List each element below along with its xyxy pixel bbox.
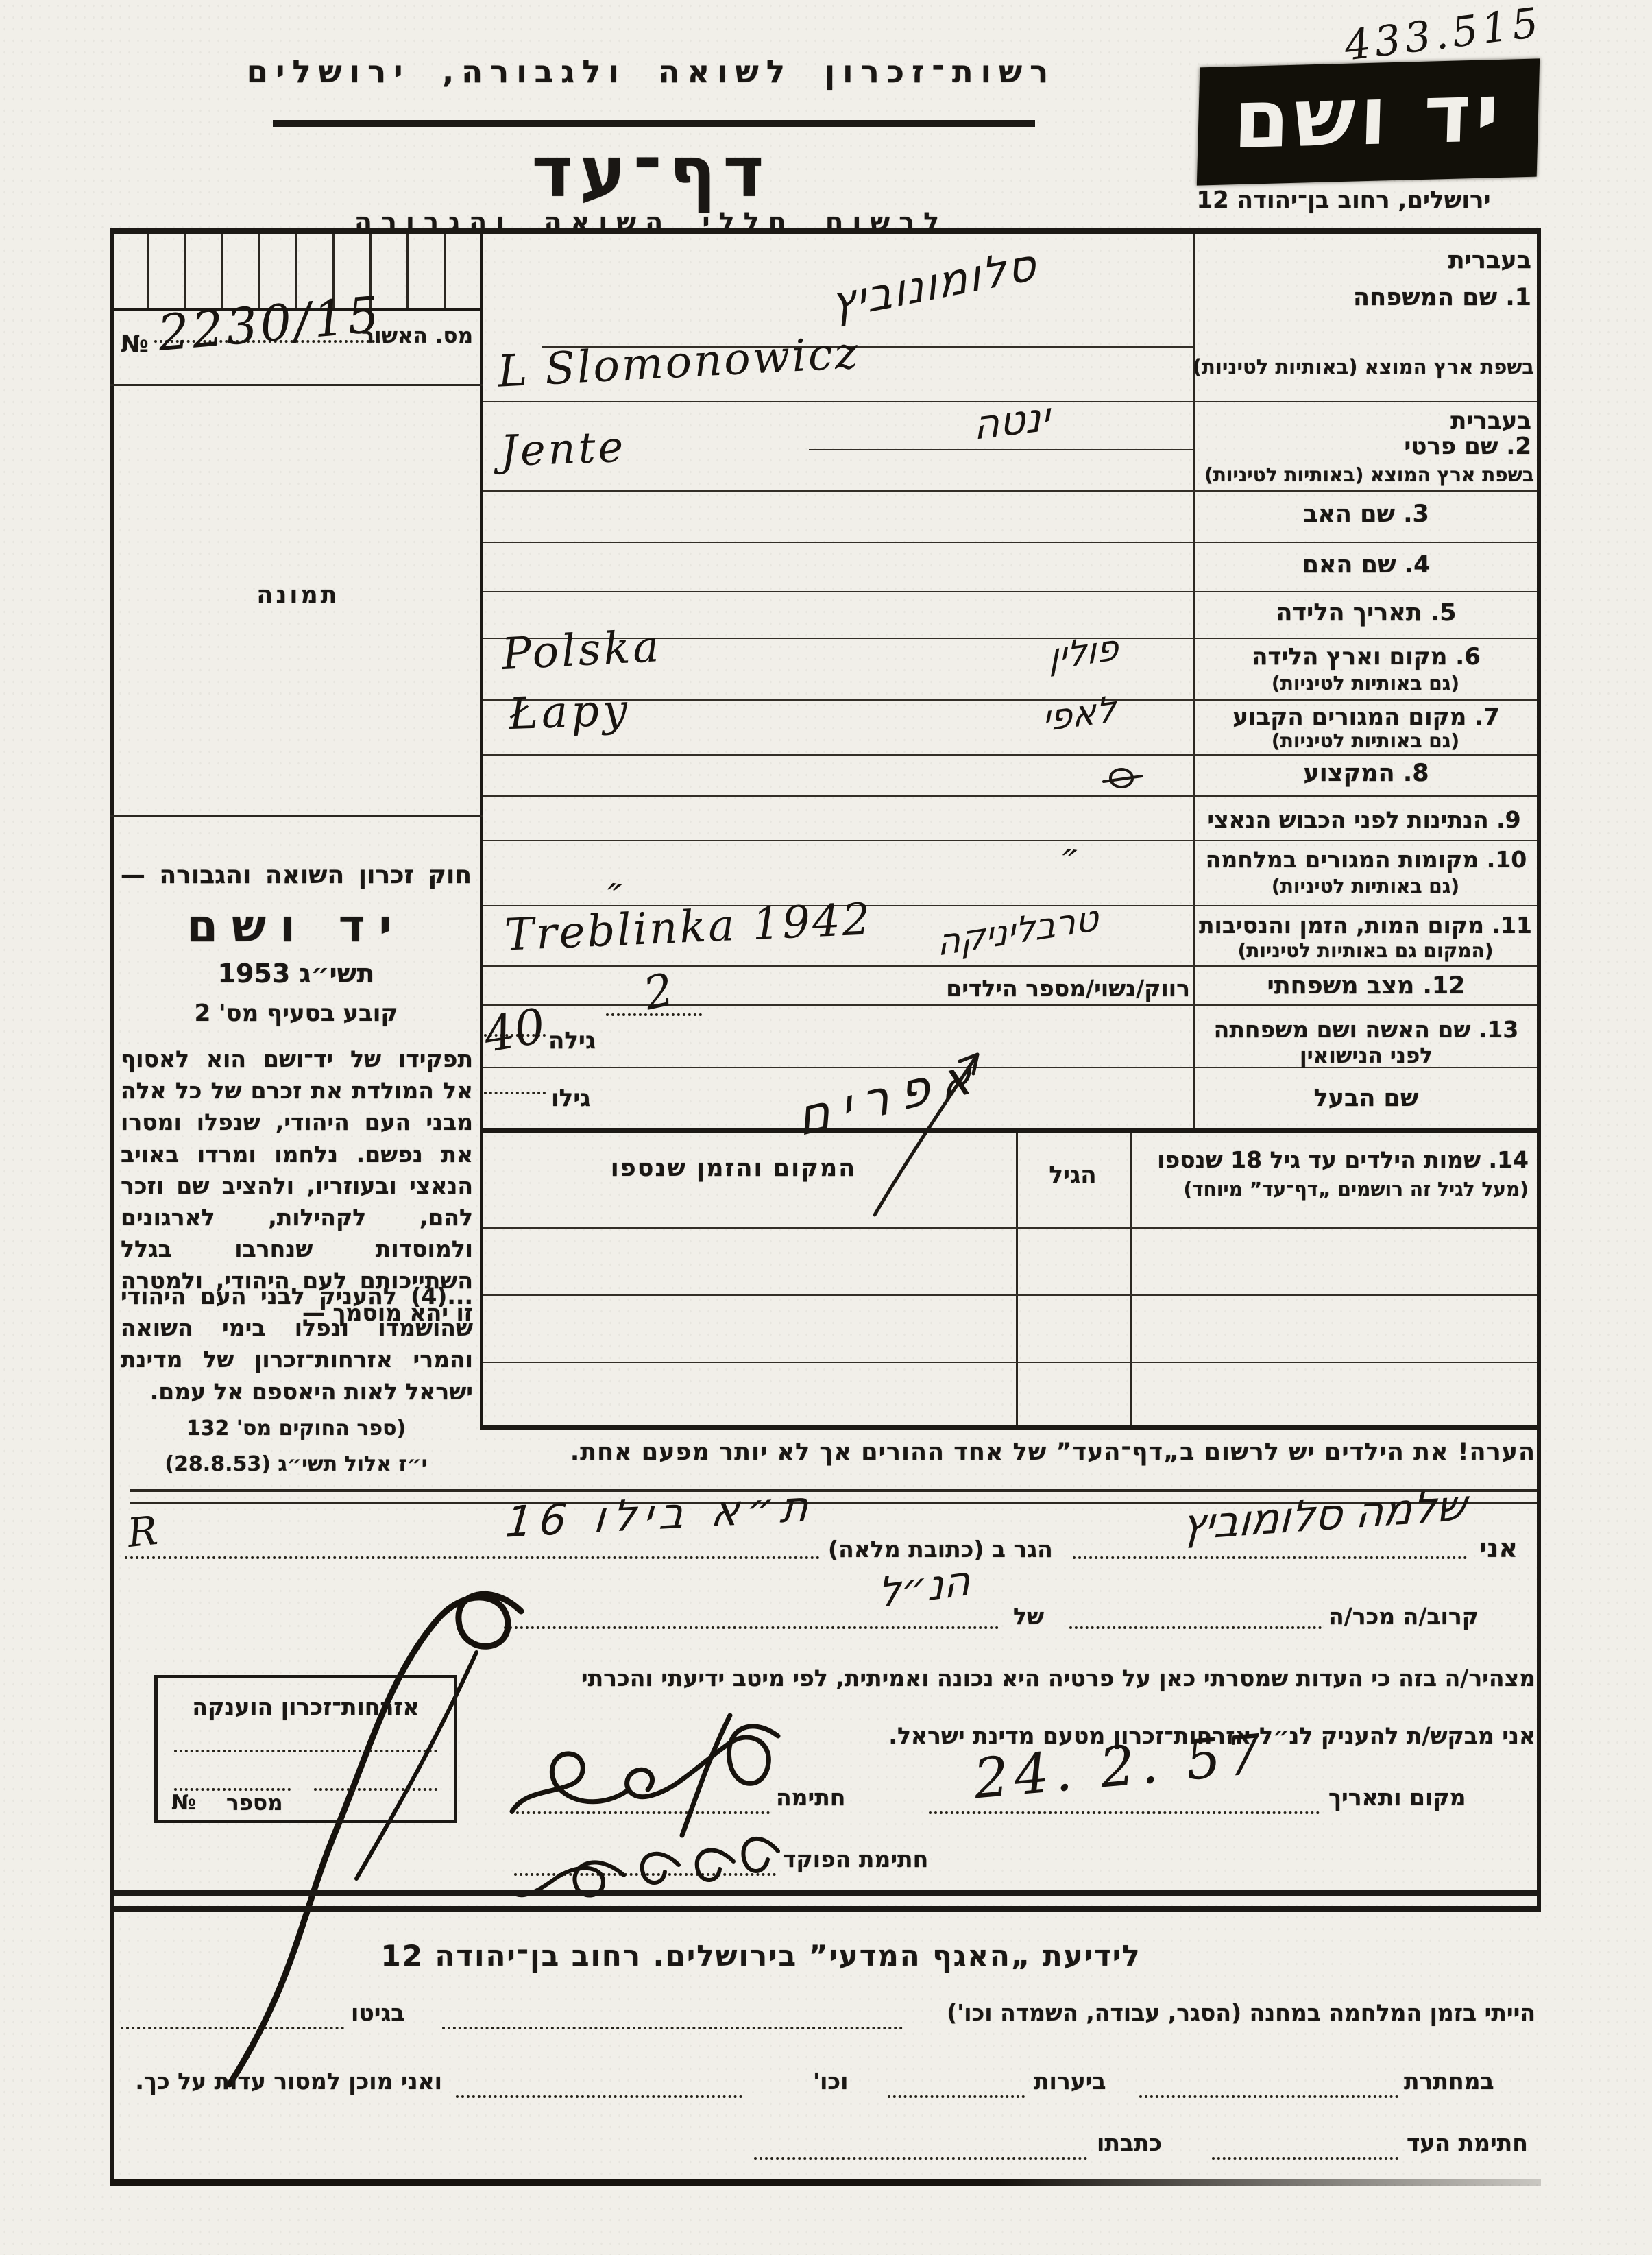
his-age-label: גילו (551, 1085, 590, 1112)
marital-options: רווק/נשוי/מספר הילדים (754, 975, 1190, 1002)
children-row-rule (483, 1227, 1537, 1229)
citizenship-number-label: מספר (226, 1791, 283, 1816)
children-table-bottom-rule (480, 1425, 1541, 1430)
surname-hebrew-handwritten: סלומונוביץ (829, 239, 1039, 330)
field2-pre: בעברית (1201, 409, 1531, 434)
address-latin-mark-handwritten: R (125, 1507, 160, 1556)
witness-address-dotted (125, 1556, 820, 1559)
field13-sub: לפני הנישואין (1198, 1044, 1534, 1068)
field1-title: 1. שם המשפחה (1201, 284, 1531, 311)
logo-address: ירושלים, רחוב בן־יהודה 12 (1158, 186, 1529, 214)
row-rule (483, 795, 1537, 797)
field6-label: 6. מקום וארץ הלידה (1201, 643, 1531, 671)
field14-label: 14. שמות הילדים עד גיל 18 שנספו (1141, 1146, 1529, 1173)
decl-of-label: של (1013, 1603, 1044, 1630)
footer-etc-label: וכו' (813, 2068, 848, 2095)
children-table-top-rule (480, 1128, 1541, 1133)
field5-label: 5. תאריך הלידה (1201, 599, 1531, 627)
citizenship-box: אזרחות־זכרון הוענקה № מספר (154, 1675, 457, 1823)
law-paragraph-2: ...(4) להעניק לבני העם היהודי שהושמדו ונ… (121, 1281, 473, 1408)
his-age-dotted (484, 1092, 546, 1094)
field7-label: 7. מקום המגורים הקבוע (1201, 703, 1531, 731)
tick (221, 234, 223, 308)
footer-camp-dotted (442, 2027, 903, 2029)
tick (406, 234, 409, 308)
field2-title: 2. שם פרטי (1201, 434, 1531, 459)
footer-double-rule-top (110, 1890, 1541, 1896)
yad-vashem-logo: יד ושם (1197, 58, 1540, 185)
approval-label: מס. האשור (363, 324, 473, 348)
citizenship-dotted-1 (174, 1750, 437, 1752)
row-rule (483, 591, 1537, 592)
field1-label: בעברית 1. שם המשפחה (1201, 247, 1531, 311)
field8-label: 8. המקצוע (1201, 760, 1531, 787)
footer-underground-label: במחתרת (1404, 2068, 1494, 2095)
field11-label: 11. מקום המות, הזמן והנסיבות (1195, 912, 1535, 939)
decl-resides-label: הגר ב (כתובת מלאה) (828, 1536, 1053, 1563)
ditto-mark-right: ″ (1058, 841, 1079, 887)
law-reference-2: י״ז אלול תשי״ג (28.8.53) (118, 1452, 474, 1476)
birth-country-hebrew-handwritten: פולין (1049, 627, 1118, 679)
row-rule (483, 699, 1537, 701)
official-signature-label: חתימת הפוקד (783, 1846, 928, 1872)
tick (184, 234, 186, 308)
children-row-rule (483, 1294, 1537, 1296)
children-count-dotted (606, 1013, 702, 1016)
footer-testify-line: ואני מוכן למסור עדות על כך. (127, 2068, 442, 2095)
footer-info-line: לידיעת „האגף המדעי” בירושלים. רחוב בן־יה… (278, 1939, 1244, 1973)
witness-address-handwritten: ת״א בילו 16 (286, 1481, 817, 1559)
footer-forests-dotted (888, 2095, 1025, 2098)
tick (444, 234, 446, 308)
footer-witness-signature-dotted (1212, 2157, 1398, 2160)
footer-underground-dotted (1139, 2095, 1398, 2098)
relative-dotted (1069, 1626, 1322, 1629)
photo-label: תמונה (206, 581, 391, 609)
witness-name-dotted (1073, 1556, 1467, 1559)
law-section: קובע בסעיף מס' 2 (118, 1000, 474, 1027)
children-col-place-header: המקום והזמן שנספו (542, 1155, 925, 1182)
occupation-ink-mark (1102, 762, 1143, 794)
row-rule (483, 1004, 1537, 1006)
citizenship-no-sign: № (171, 1791, 196, 1815)
writing-line (809, 449, 1193, 450)
field1-sub: בשפת ארץ המוצא (באותיות לטיניות) (1197, 355, 1534, 378)
residence-latin-handwritten: Łapy (508, 685, 632, 740)
footer-ghetto-label: בגיטו (351, 1999, 404, 2026)
children-count-handwritten: 2 (639, 963, 678, 1020)
footer-witness-address-dotted (754, 2157, 1087, 2160)
footer-witness-signature-label: חתימת העד (1407, 2130, 1528, 2156)
yad-vashem-logo-text: יד ושם (1198, 64, 1540, 167)
birth-country-latin-handwritten: Polska (500, 621, 663, 680)
law-year: תשי״ג 1953 (118, 958, 474, 989)
law-brand: יד ושם (118, 900, 474, 952)
field6-sub: (גם באותיות לטיניות) (1197, 672, 1534, 695)
place-date-label: מקום ותאריך (1328, 1784, 1466, 1811)
field7-sub: (גם באותיות לטיניות) (1197, 729, 1534, 752)
residence-hebrew-handwritten: לאפי (1043, 688, 1116, 740)
footer-etc-dotted (456, 2095, 742, 2098)
children-col-age-header: הגיל (1021, 1161, 1124, 1189)
decl-declare-line: מצהיר/ה בזה כי העדות שמסרתי כאן על פרטיה… (511, 1665, 1535, 1691)
her-age-handwritten: 40 (480, 998, 550, 1063)
place-date-dotted (929, 1811, 1320, 1814)
footer-witness-address-label: כתבתו (1097, 2130, 1162, 2156)
row-rule (483, 490, 1537, 492)
children-col-divider-age-right (1130, 1133, 1132, 1426)
note-line: הערה! את הילדים יש לרשום ב„דף־העד” של אח… (507, 1438, 1535, 1466)
row-rule (483, 965, 1537, 967)
law-heading: חוק זכרון השואה והגבורה — (118, 861, 474, 889)
field3-label: 3. שם האב (1201, 501, 1531, 528)
citizenship-dotted-3 (314, 1788, 437, 1791)
form-top-rule (110, 228, 1541, 234)
field10-label: 10. מקומות המגורים במלחמה (1198, 846, 1534, 873)
footer-ghetto-dotted (121, 2027, 344, 2029)
field13-label: 13. שם האשה ושם משפחתה (1198, 1016, 1534, 1043)
row-rule (483, 840, 1537, 841)
citizenship-box-title: אזרחות־זכרון הוענקה (158, 1693, 454, 1720)
field4-label: 4. שם האם (1201, 551, 1531, 579)
children-row-rule (483, 1362, 1537, 1363)
tick (147, 234, 149, 308)
decl-i-label: אני (1479, 1533, 1518, 1563)
relation-value-handwritten: הנ״ל (878, 1556, 971, 1618)
footer-double-rule-bottom (110, 1906, 1541, 1912)
field12-label: 12. מצב משפחתי (1201, 972, 1531, 1000)
death-place-hebrew-handwritten: טרבליניקה (937, 897, 1099, 965)
field9-label: 9. הנתינות לפני הכבוש הנאצי (1193, 806, 1535, 833)
field14-sub: (מעל לגיל זה רושמים „דף־עד” מיוחד) (1141, 1178, 1529, 1201)
header-underline (273, 120, 1035, 127)
field1-pre: בעברית (1201, 247, 1531, 274)
decl-relative-label: קרוב/ה מכר/ה (1328, 1603, 1479, 1630)
husband-label: שם הבעל (1201, 1085, 1531, 1112)
footer-forests-label: ביערות (1034, 2068, 1106, 2095)
row-rule (483, 754, 1537, 756)
page-bottom-rule (110, 2179, 1541, 2186)
scanned-testimony-page: 433.515 רשות־זכרון לשואה ולגבורה, ירושלי… (0, 0, 1652, 2255)
row-rule (483, 542, 1537, 543)
form-right-border (1537, 228, 1541, 1912)
authority-name: רשות־זכרון לשואה ולגבורה, ירושלים (233, 53, 1069, 90)
her-age-label: גילה (548, 1027, 596, 1054)
approval-no-sign: № (121, 330, 149, 358)
photo-box-bottom-rule (110, 815, 483, 817)
footer-war-line: הייתי בזמן המלחמה במחנה (הסגר, עבודה, הש… (912, 1999, 1535, 2026)
death-place-latin-handwritten: Treblinka 1942 (504, 894, 873, 961)
field10-sub: (גם באותיות לטיניות) (1197, 875, 1534, 897)
law-reference-1: (ספר החוקים מס' 132 (118, 1416, 474, 1440)
surname-latin-handwritten: L Slomonowicz (496, 328, 861, 398)
field2-sub: בשפת ארץ המוצא (באותיות לטיניות) (1197, 463, 1534, 486)
form-title: דף־עד (480, 132, 823, 213)
givenname-latin-handwritten: Jente (500, 422, 627, 476)
field11-sub: (המקום גם באותיות לטיניות) (1195, 939, 1535, 962)
field2-label: בעברית 2. שם פרטי (1201, 409, 1531, 460)
givenname-hebrew-handwritten: ינטה (973, 393, 1050, 449)
left-column-divider (480, 228, 483, 1430)
approval-row-bottom-rule (110, 384, 483, 386)
children-col-divider-age-left (1016, 1133, 1018, 1426)
